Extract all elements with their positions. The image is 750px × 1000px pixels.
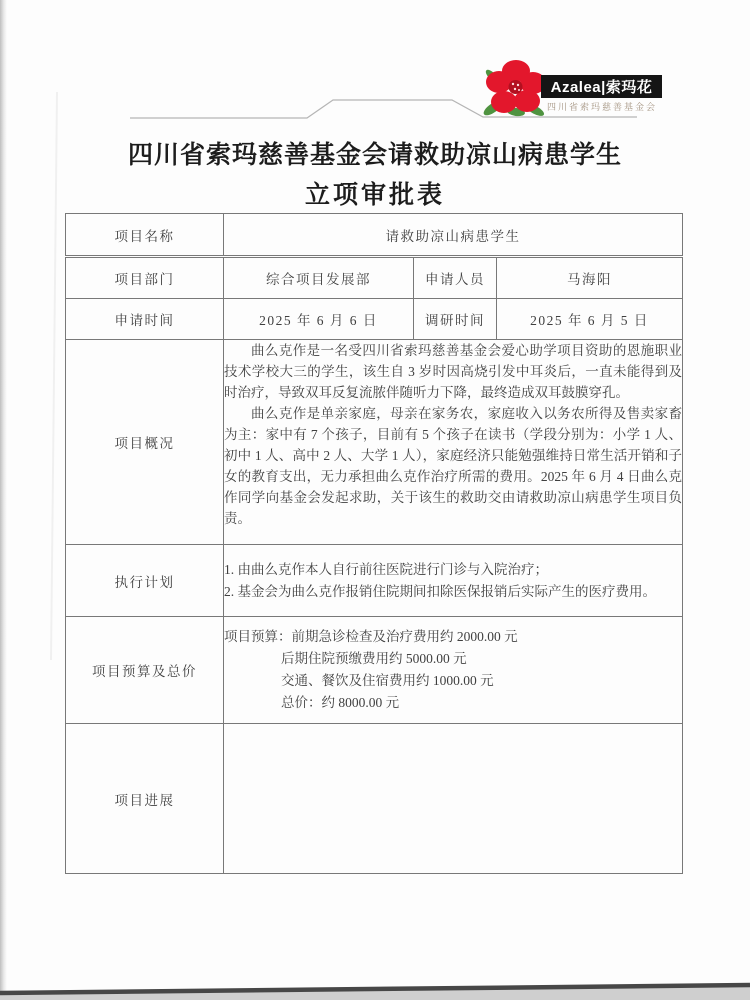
budget-content: 项目预算：前期急诊检查及治疗费用约 2000.00 元 后期住院预缴费用约 50… [224,617,683,724]
budget-line-3: 交通、餐饮及住宿费用约 1000.00 元 [224,670,682,692]
apply-date-value: 2025 年 6 月 6 日 [224,299,414,340]
apply-date-label: 申请时间 [66,299,224,340]
row-plan: 执行计划 1. 由曲么克作本人自行前往医院进行门诊与入院治疗； 2. 基金会为曲… [66,545,683,617]
budget-line-1: 项目预算：前期急诊检查及治疗费用约 2000.00 元 [224,626,682,648]
row-overview: 项目概况 曲么克作是一名受四川省索玛慈善基金会爱心助学项目资助的恩施职业技术学校… [66,340,683,545]
department-value: 综合项目发展部 [224,257,414,299]
overview-paragraph-1: 曲么克作是一名受四川省索玛慈善基金会爱心助学项目资助的恩施职业技术学校大三的学生… [224,340,682,403]
scan-bottom-shadow [0,987,750,1000]
approval-form-table: 项目名称 请救助凉山病患学生 项目部门 综合项目发展部 申请人员 马海阳 申请时… [65,213,683,874]
survey-date-value: 2025 年 6 月 5 日 [497,299,683,340]
plan-line-1: 1. 由曲么克作本人自行前往医院进行门诊与入院治疗； [224,559,682,581]
budget-line-4: 总价：约 8000.00 元 [224,692,682,714]
department-label: 项目部门 [66,257,224,299]
logo-brand-text: Azalea|索玛花 [551,76,653,97]
document-title-line2: 立项审批表 [0,175,750,211]
scanned-form-page: Azalea|索玛花 四川省索玛慈善基金会 四川省索玛慈善基金会请救助凉山病患学… [0,0,750,1000]
row-project-name: 项目名称 请救助凉山病患学生 [66,214,683,257]
row-department-applicant: 项目部门 综合项目发展部 申请人员 马海阳 [66,257,683,299]
applicant-label: 申请人员 [414,257,497,299]
plan-content: 1. 由曲么克作本人自行前往医院进行门诊与入院治疗； 2. 基金会为曲么克作报销… [224,545,683,617]
row-progress: 项目进展 [66,724,683,874]
project-name-value: 请救助凉山病患学生 [224,214,683,257]
overview-content: 曲么克作是一名受四川省索玛慈善基金会爱心助学项目资助的恩施职业技术学校大三的学生… [224,340,683,545]
foundation-logo: Azalea|索玛花 四川省索玛慈善基金会 [480,58,690,122]
applicant-value: 马海阳 [497,257,683,299]
survey-date-label: 调研时间 [414,299,497,340]
overview-paragraph-2: 曲么克作是单亲家庭，母亲在家务农，家庭收入以务农所得及售卖家畜为主：家中有 7 … [224,403,682,529]
project-name-label: 项目名称 [66,214,224,257]
row-budget: 项目预算及总价 项目预算：前期急诊检查及治疗费用约 2000.00 元 后期住院… [66,617,683,724]
progress-label: 项目进展 [66,724,224,874]
progress-content [224,724,683,874]
logo-brand-box: Azalea|索玛花 [541,75,662,98]
row-dates: 申请时间 2025 年 6 月 6 日 调研时间 2025 年 6 月 5 日 [66,299,683,340]
overview-label: 项目概况 [66,340,224,545]
logo-org-name: 四川省索玛慈善基金会 [536,100,668,113]
budget-line-2: 后期住院预缴费用约 5000.00 元 [224,648,682,670]
plan-line-2: 2. 基金会为曲么克作报销住院期间扣除医保报销后实际产生的医疗费用。 [224,581,682,603]
budget-label: 项目预算及总价 [66,617,224,724]
document-title-line1: 四川省索玛慈善基金会请救助凉山病患学生 [0,135,750,171]
scan-bottom-edge-line [0,985,750,993]
plan-label: 执行计划 [66,545,224,617]
